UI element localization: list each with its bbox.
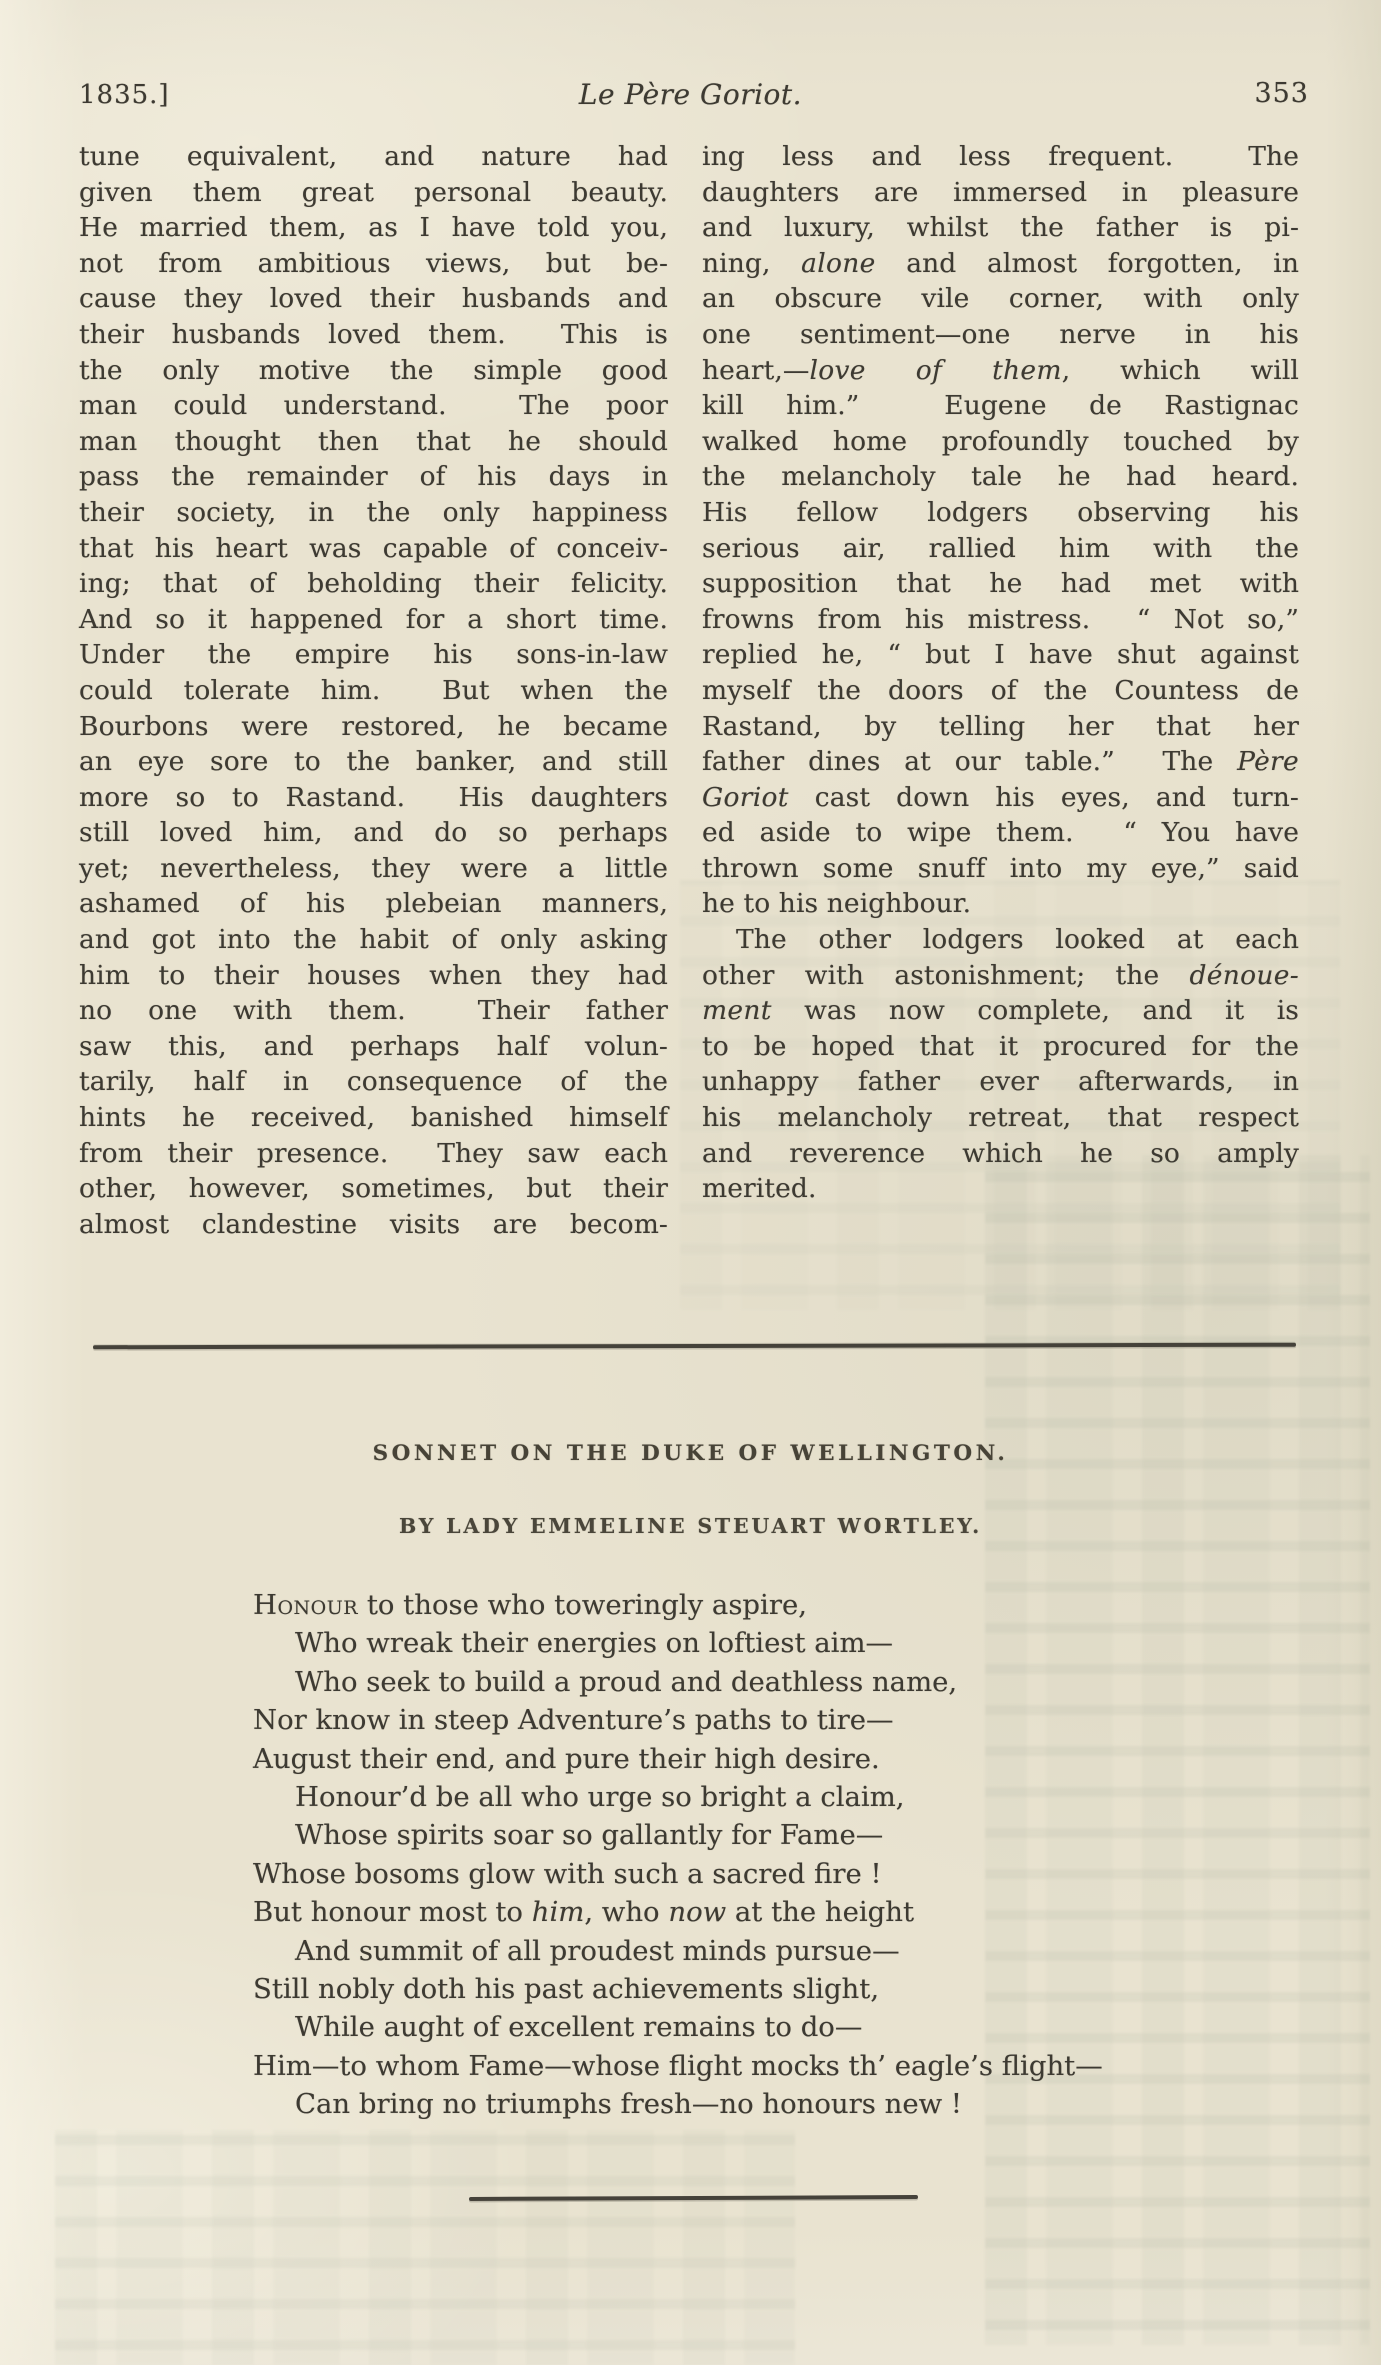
article-text-line: ment was now complete, and it is	[702, 993, 1299, 1029]
sonnet-line: Honour’d be all who urge so bright a cla…	[295, 1778, 1103, 1816]
article-text-line: cause they loved their husbands and	[79, 281, 668, 317]
article-text-line: serious air, rallied him with the	[702, 531, 1299, 567]
article-text-line: frowns from his mistress. “ Not so,”	[702, 602, 1299, 638]
page-scan: { "meta": { "paper_color": "#e9e3d0", "i…	[0, 0, 1381, 2365]
page-number: 353	[1254, 78, 1309, 109]
article-text-line: And so it happened for a short time.	[79, 602, 668, 638]
article-text-line: man thought then that he should	[79, 424, 668, 460]
section-divider-rule	[93, 1343, 1296, 1349]
sonnet-line: August their end, and pure their high de…	[253, 1740, 1103, 1778]
article-text-line: tarily, half in consequence of the	[79, 1064, 668, 1100]
article-text-line: man could understand. The poor	[79, 388, 668, 424]
article-text-line: myself the doors of the Countess de	[702, 673, 1299, 709]
article-text-line: other, however, sometimes, but their	[79, 1171, 668, 1207]
article-text-line: Under the empire his sons-in-law	[79, 637, 668, 673]
article-text-line: ashamed of his plebeian manners,	[79, 886, 668, 922]
article-text-line: walked home profoundly touched by	[702, 424, 1299, 460]
article-text-line: other with astonishment; the dénoue-	[702, 958, 1299, 994]
article-text-line: kill him.” Eugene de Rastignac	[702, 388, 1299, 424]
article-text-line: and got into the habit of only asking	[79, 922, 668, 958]
sonnet-line: Him—to whom Fame—whose flight mocks th’ …	[253, 2047, 1103, 2085]
article-text-line: to be hoped that it procured for the	[702, 1029, 1299, 1065]
article-text-line: he to his neighbour.	[702, 886, 1299, 922]
article-text-line: ing; that of beholding their felicity.	[79, 566, 668, 602]
article-text-line: hints he received, banished himself	[79, 1100, 668, 1136]
article-text-line: and luxury, whilst the father is pi-	[702, 210, 1299, 246]
sonnet-line: But honour most to him, who now at the h…	[253, 1893, 1103, 1931]
article-text-line: The other lodgers looked at each	[702, 922, 1299, 958]
sonnet-body: Honour to those who toweringly aspire,Wh…	[253, 1586, 1103, 2123]
article-text-line: from their presence. They saw each	[79, 1136, 668, 1172]
sonnet-title: SONNET ON THE DUKE OF WELLINGTON.	[0, 1441, 1381, 1466]
article-text-line: merited.	[702, 1171, 1299, 1207]
article-text-line: supposition that he had met with	[702, 566, 1299, 602]
article-text-line: an obscure vile corner, with only	[702, 281, 1299, 317]
article-text-line: daughters are immersed in pleasure	[702, 175, 1299, 211]
article-right-column: ing less and less frequent. Thedaughters…	[702, 139, 1299, 1207]
article-text-line: one sentiment—one nerve in his	[702, 317, 1299, 353]
closing-divider-rule	[469, 2195, 918, 2201]
sonnet-line: Honour to those who toweringly aspire,	[253, 1586, 1103, 1624]
article-text-line: Bourbons were restored, he became	[79, 709, 668, 745]
article-text-line: tune equivalent, and nature had	[79, 139, 668, 175]
article-text-line: their society, in the only happiness	[79, 495, 668, 531]
article-text-line: and reverence which he so amply	[702, 1136, 1299, 1172]
page-header: 1835.] Le Père Goriot. 353	[0, 78, 1381, 118]
article-text-line: more so to Rastand. His daughters	[79, 780, 668, 816]
article-text-line: could tolerate him. But when the	[79, 673, 668, 709]
article-text-line: father dines at our table.” The Père	[702, 744, 1299, 780]
article-text-line: saw this, and perhaps half volun-	[79, 1029, 668, 1065]
article-text-line: no one with them. Their father	[79, 993, 668, 1029]
sonnet-line: Still nobly doth his past achievements s…	[253, 1970, 1103, 2008]
article-text-line: the melancholy tale he had heard.	[702, 459, 1299, 495]
article-text-line: him to their houses when they had	[79, 958, 668, 994]
article-text-line: yet; nevertheless, they were a little	[79, 851, 668, 887]
article-text-line: their husbands loved them. This is	[79, 317, 668, 353]
article-text-line: unhappy father ever afterwards, in	[702, 1064, 1299, 1100]
article-text-line: the only motive the simple good	[79, 353, 668, 389]
article-text-line: almost clandestine visits are becom-	[79, 1207, 668, 1243]
sonnet-line: Who wreak their energies on loftiest aim…	[295, 1624, 1103, 1662]
article-text-line: ning, alone and almost forgotten, in	[702, 246, 1299, 282]
article-text-line: replied he, “ but I have shut against	[702, 637, 1299, 673]
article-text-line: his melancholy retreat, that respect	[702, 1100, 1299, 1136]
sonnet-line: Nor know in steep Adventure’s paths to t…	[253, 1701, 1103, 1739]
sonnet-byline: BY LADY EMMELINE STEUART WORTLEY.	[0, 1514, 1381, 1538]
article-text-line: not from ambitious views, but be-	[79, 246, 668, 282]
article-text-line: ed aside to wipe them. “ You have	[702, 815, 1299, 851]
article-text-line: pass the remainder of his days in	[79, 459, 668, 495]
sonnet-line: Can bring no triumphs fresh—no honours n…	[295, 2085, 1103, 2123]
article-text-line: Goriot cast down his eyes, and turn-	[702, 780, 1299, 816]
sonnet-line: Whose bosoms glow with such a sacred fir…	[253, 1855, 1103, 1893]
article-text-line: His fellow lodgers observing his	[702, 495, 1299, 531]
article-left-column: tune equivalent, and nature hadgiven the…	[79, 139, 668, 1242]
sonnet-line: While aught of excellent remains to do—	[295, 2008, 1103, 2046]
sonnet-line: And summit of all proudest minds pursue—	[295, 1932, 1103, 1970]
sonnet-line: Who seek to build a proud and deathless …	[295, 1663, 1103, 1701]
running-title: Le Père Goriot.	[0, 78, 1381, 111]
article-text-line: that his heart was capable of conceiv-	[79, 531, 668, 567]
article-text-line: heart,—love of them, which will	[702, 353, 1299, 389]
article-text-line: He married them, as I have told you,	[79, 210, 668, 246]
bleed-through-ghost	[55, 2130, 795, 2365]
article-text-line: thrown some snuff into my eye,” said	[702, 851, 1299, 887]
sonnet-line: Whose spirits soar so gallantly for Fame…	[295, 1816, 1103, 1854]
article-text-line: given them great personal beauty.	[79, 175, 668, 211]
article-text-line: ing less and less frequent. The	[702, 139, 1299, 175]
article-text-line: still loved him, and do so perhaps	[79, 815, 668, 851]
article-text-line: Rastand, by telling her that her	[702, 709, 1299, 745]
article-text-line: an eye sore to the banker, and still	[79, 744, 668, 780]
